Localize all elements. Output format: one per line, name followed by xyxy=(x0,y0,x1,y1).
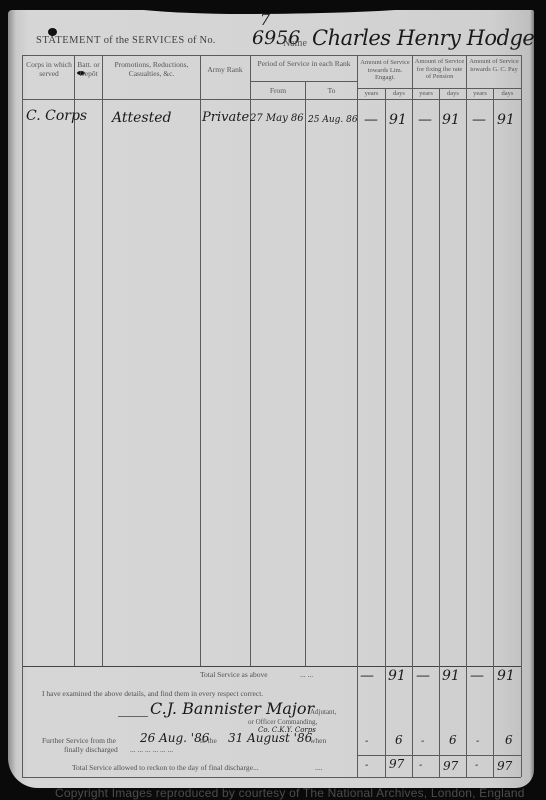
further-gc-days: 6 xyxy=(505,733,513,747)
paper-edge xyxy=(530,0,546,800)
header-gc-days: days xyxy=(494,90,521,99)
total-eng-years: — xyxy=(360,668,374,684)
header-eng-years: years xyxy=(358,90,385,99)
col-line xyxy=(493,88,494,777)
header-promotions: Promotions, Reductions, Casualties, &c. xyxy=(103,61,200,78)
cell-gc-years: — xyxy=(472,112,486,128)
table-top-border xyxy=(22,55,521,56)
col-line xyxy=(521,55,522,777)
cell-eng-days: 91 xyxy=(389,112,407,128)
signature-line xyxy=(118,716,148,717)
title-services: SERVICES xyxy=(132,35,185,46)
total-service-label: Total Service as above xyxy=(200,670,268,679)
allowed-service-dots: .... xyxy=(315,763,323,772)
cell-corps: C. Corps xyxy=(26,108,87,124)
allowed-eng-years: - xyxy=(365,760,368,771)
further-eng-years: - xyxy=(365,736,368,747)
allowed-service-label: Total Service allowed to reckon to the d… xyxy=(72,763,259,772)
header-pen-days: days xyxy=(440,90,466,99)
col-line xyxy=(102,55,103,666)
header-amount-engagement: Amount of Service towards Lim. Engagt. xyxy=(359,59,411,82)
header-to: To xyxy=(306,87,357,96)
title-mid: of the xyxy=(104,35,129,46)
further-pen-days: 6 xyxy=(449,733,457,747)
allowed-pen-days: 97 xyxy=(443,759,458,773)
examined-statement: I have examined the above details, and f… xyxy=(42,689,263,698)
col-line xyxy=(439,88,440,777)
total-gc-years: — xyxy=(470,668,484,684)
header-bottom-border xyxy=(22,99,521,100)
cell-rank: Private xyxy=(202,110,249,125)
further-service-prefix: Further Service from the xyxy=(42,736,116,745)
cell-to: 25 Aug. 86 xyxy=(308,115,358,125)
col-line xyxy=(357,55,358,777)
col-line xyxy=(22,55,23,777)
officer-signature: C.J. Bannister Major xyxy=(150,699,314,718)
total-gc-days: 91 xyxy=(497,668,515,684)
period-divider xyxy=(250,81,357,82)
col-line xyxy=(200,55,201,666)
further-service-to: 31 August '86 xyxy=(228,731,312,745)
col-line xyxy=(466,55,467,777)
allowed-gc-years: - xyxy=(475,760,478,771)
col-line xyxy=(250,55,251,666)
total-eng-days: 91 xyxy=(388,668,406,684)
further-service-to-label: to the xyxy=(200,736,217,745)
further-pen-years: - xyxy=(421,736,424,747)
header-amount-pension: Amount of Service for fixing the rate of… xyxy=(414,58,465,81)
further-service-suffix: when xyxy=(310,736,326,745)
allowed-eng-days: 97 xyxy=(389,757,404,771)
signature-role-officer: or Officer Commanding, xyxy=(248,718,317,726)
header-eng-days: days xyxy=(386,90,412,99)
header-batt: Batt. or Depôt xyxy=(75,61,102,78)
name-label: Name xyxy=(283,38,307,49)
allowed-gc-days: 97 xyxy=(497,759,512,773)
cell-pen-days: 91 xyxy=(442,112,460,128)
soldier-name: Charles Henry Hodge xyxy=(312,26,534,50)
title-prefix: STATEMENT xyxy=(36,35,101,46)
finally-discharged-label: finally discharged xyxy=(64,745,118,754)
header-period: Period of Service in each Rank xyxy=(256,60,352,69)
cell-promotions: Attested xyxy=(112,110,171,126)
header-amount-gc-pay: Amount of Service towards G. C. Pay xyxy=(468,58,520,73)
title-suffix: of No. xyxy=(188,35,216,46)
copyright-watermark: Copyright Images reproduced by courtesy … xyxy=(55,786,525,800)
col-line xyxy=(412,55,413,777)
total-pen-years: — xyxy=(416,668,430,684)
table-bottom-border xyxy=(22,777,521,778)
header-corps: Corps in which served xyxy=(24,61,74,78)
header-army-rank: Army Rank xyxy=(204,66,246,75)
header-from: From xyxy=(251,87,305,96)
allowed-pen-years: - xyxy=(419,760,422,771)
col-line xyxy=(305,81,306,666)
cell-pen-years: — xyxy=(418,112,432,128)
cell-eng-years: — xyxy=(364,112,378,128)
col-line xyxy=(74,55,75,666)
further-gc-years: - xyxy=(476,736,479,747)
col-line xyxy=(385,88,386,777)
header-pen-years: years xyxy=(413,90,439,99)
total-pen-days: 91 xyxy=(442,668,460,684)
summary-top-border xyxy=(22,666,521,667)
header-gc-years: years xyxy=(467,90,493,99)
further-service-from: 26 Aug. '86 xyxy=(140,731,209,745)
cell-from: 27 May 86 xyxy=(250,113,304,124)
cell-gc-days: 91 xyxy=(497,112,515,128)
further-eng-days: 6 xyxy=(395,733,403,747)
total-service-dots: ... ... xyxy=(300,670,313,679)
further-dots: ... ... ... ... ... ... xyxy=(130,745,173,754)
signature-role-adjutant: Adjutant, xyxy=(310,708,336,716)
document-title: STATEMENT of the SERVICES of No. xyxy=(36,35,216,46)
